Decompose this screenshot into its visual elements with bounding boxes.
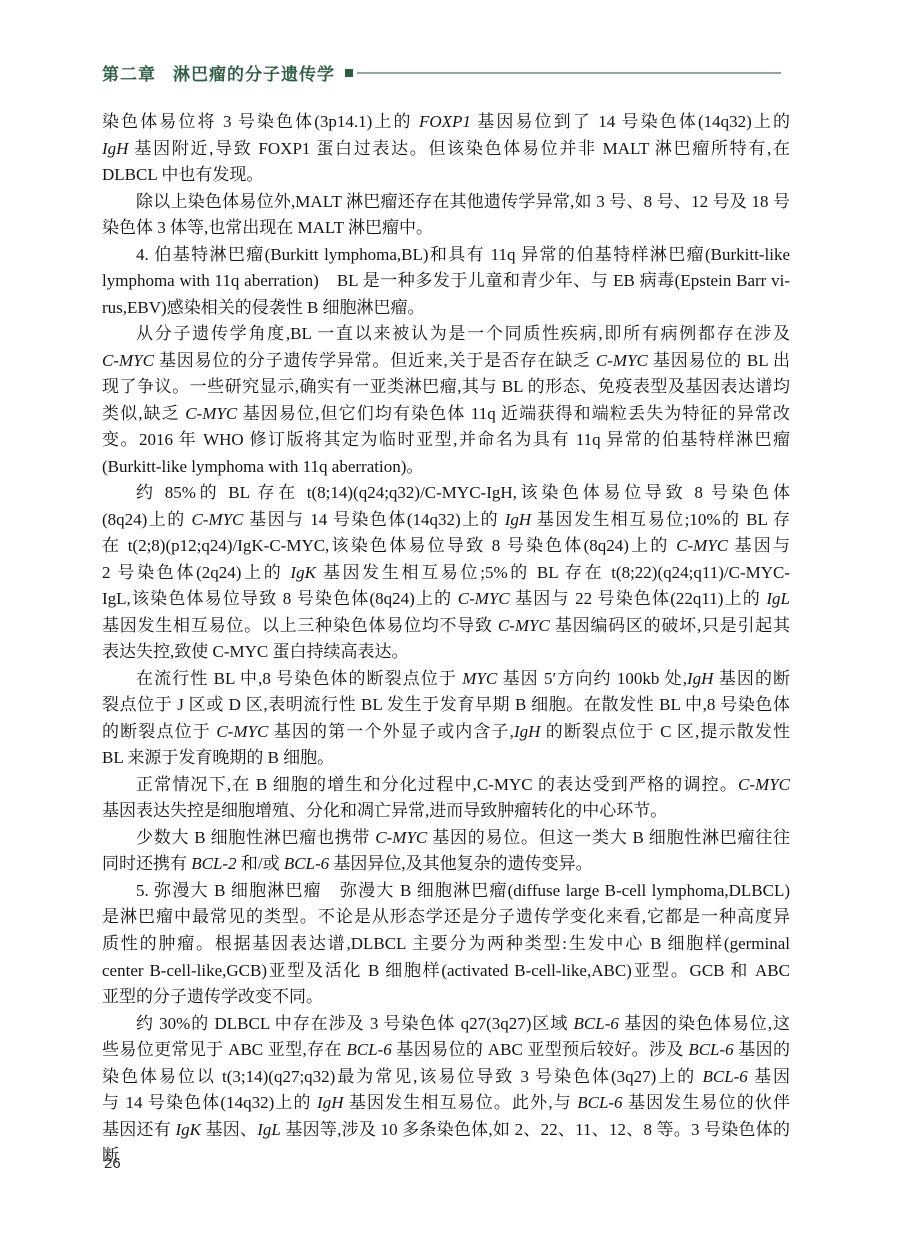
text-line: 2 号染色体(2q24)上的 IgK 基因发生相互易位;5%的 BL 存在 t(… <box>102 560 790 587</box>
text-segment: 的断裂点位于 C 区,提示散发性 <box>540 722 790 741</box>
gene-symbol: MYC <box>462 669 497 688</box>
text-line: C-MYC 基因易位的分子遗传学异常。但近来,关于是否存在缺乏 C-MYC 基因… <box>102 348 790 375</box>
text-line: 亚型的分子遗传学改变不同。 <box>102 984 790 1011</box>
text-segment: 基因与 22 号染色体(22q11)上的 <box>510 589 767 608</box>
page-number: 26 <box>104 1155 121 1172</box>
text-segment: 基因发生相互易位;10%的 BL 存 <box>531 510 790 529</box>
text-segment: 基因发生相互易位。以上三种染色体易位均不导致 <box>102 616 498 635</box>
gene-symbol: IgK <box>176 1120 202 1139</box>
text-segment: 染色体易位将 3 号染色体(3p14.1)上的 <box>102 112 419 131</box>
text-line: 表达失控,致使 C-MYC 蛋白持续高表达。 <box>102 639 790 666</box>
text-segment: 基因与 14 号染色体(14q32)上的 <box>243 510 504 529</box>
gene-symbol: C-MYC <box>458 589 510 608</box>
text-segment: 些易位更常见于 ABC 亚型,存在 <box>102 1040 346 1059</box>
gene-symbol: BCL-6 <box>577 1093 622 1112</box>
text-line: 5. 弥漫大 B 细胞淋巴瘤 弥漫大 B 细胞淋巴瘤(diffuse large… <box>102 878 790 905</box>
text-segment: 基因的易位。但这一类大 B 细胞性淋巴瘤往往 <box>427 828 790 847</box>
text-line: (Burkitt-like lymphoma with 11q aberrati… <box>102 454 790 481</box>
text-segment: 基因发生相互易位;5%的 BL 存在 t(8;22)(q24;q11)/C-MY… <box>316 563 790 582</box>
gene-symbol: IgK <box>290 563 316 582</box>
gene-symbol: C-MYC <box>596 351 648 370</box>
text-line: 变。2016 年 WHO 修订版将其定为临时亚型,并命名为具有 11q 异常的伯… <box>102 427 790 454</box>
text-segment: 在 t(2;8)(p12;q24)/IgK-C-MYC,该染色体易位导致 8 号… <box>102 536 676 555</box>
gene-symbol: IgH <box>687 669 713 688</box>
text-line: DLBCL 中也有发现。 <box>102 162 790 189</box>
text-segment: 的断裂点位于 <box>102 722 216 741</box>
text-segment: 质性的肿瘤。根据基因表达谱,DLBCL 主要分为两种类型:生发中心 B 细胞样(… <box>102 934 790 953</box>
gene-symbol: BCL-6 <box>574 1014 619 1033</box>
gene-symbol: IgH <box>514 722 540 741</box>
text-segment: 现了争议。一些研究显示,确实有一亚类淋巴瘤,其与 BL 的形态、免疫表型及基因表… <box>102 377 790 396</box>
text-line: 少数大 B 细胞性淋巴瘤也携带 C-MYC 基因的易位。但这一类大 B 细胞性淋… <box>102 825 790 852</box>
gene-symbol: BCL-6 <box>688 1040 733 1059</box>
text-segment: 基因易位到了 14 号染色体(14q32)上的 <box>471 112 790 131</box>
text-line: 基因表达失控是细胞增殖、分化和凋亡异常,进而导致肿瘤转化的中心环节。 <box>102 798 790 825</box>
text-segment: 5. 弥漫大 B 细胞淋巴瘤 弥漫大 B 细胞淋巴瘤(diffuse large… <box>136 881 790 900</box>
text-segment: 约 30%的 DLBCL 中存在涉及 3 号染色体 q27(3q27)区域 <box>136 1014 574 1033</box>
text-segment: 类似,缺乏 <box>102 404 185 423</box>
text-segment: (8q24)上的 <box>102 510 191 529</box>
text-segment: 表达失控,致使 C-MYC 蛋白持续高表达。 <box>102 642 408 661</box>
text-segment: 正常情况下,在 B 细胞的增生和分化过程中,C-MYC 的表达受到严格的调控。 <box>136 775 738 794</box>
text-segment: 染色体 3 体等,也常出现在 MALT 淋巴瘤中。 <box>102 218 433 237</box>
text-line: 染色体 3 体等,也常出现在 MALT 淋巴瘤中。 <box>102 215 790 242</box>
text-segment: 少数大 B 细胞性淋巴瘤也携带 <box>136 828 375 847</box>
text-segment: rus,EBV)感染相关的侵袭性 B 细胞淋巴瘤。 <box>102 298 425 317</box>
text-segment: 基因易位的 ABC 亚型预后较好。涉及 <box>392 1040 689 1059</box>
text-segment: 4. 伯基特淋巴瘤(Burkitt lymphoma,BL)和具有 11q 异常… <box>136 245 790 264</box>
page: 第二章 淋巴瘤的分子遗传学 染色体易位将 3 号染色体(3p14.1)上的 FO… <box>0 0 900 1234</box>
text-line: IgL,该染色体易位导致 8 号染色体(8q24)上的 C-MYC 基因与 22… <box>102 586 790 613</box>
text-segment: 基因发生易位的伙伴 <box>623 1093 790 1112</box>
text-segment: 基因的第一个外显子或内含子, <box>268 722 514 741</box>
chapter-title: 淋巴瘤的分子遗传学 <box>173 60 335 85</box>
text-segment: BL 来源于发育晚期的 B 细胞。 <box>102 748 334 767</box>
text-segment: center B-cell-like,GCB)亚型及活化 B 细胞样(activ… <box>102 961 790 980</box>
gene-symbol: C-MYC <box>216 722 268 741</box>
gene-symbol: BCL-6 <box>284 854 329 873</box>
text-segment: 基因 5′方向约 100kb 处, <box>497 669 687 688</box>
gene-symbol: C-MYC <box>102 351 154 370</box>
gene-symbol: IgH <box>102 139 128 158</box>
text-line: 质性的肿瘤。根据基因表达谱,DLBCL 主要分为两种类型:生发中心 B 细胞样(… <box>102 931 790 958</box>
text-segment: 基因表达失控是细胞增殖、分化和凋亡异常,进而导致肿瘤转化的中心环节。 <box>102 801 667 820</box>
text-line: 染色体易位将 3 号染色体(3p14.1)上的 FOXP1 基因易位到了 14 … <box>102 109 790 136</box>
text-segment: lymphoma with 11q aberration) BL 是一种多发于儿… <box>102 271 790 290</box>
text-line: 染色体易位以 t(3;14)(q27;q32)最为常见,该易位导致 3 号染色体… <box>102 1064 790 1091</box>
text-segment: 基因异位,及其他复杂的遗传变异。 <box>329 854 593 873</box>
text-line: rus,EBV)感染相关的侵袭性 B 细胞淋巴瘤。 <box>102 295 790 322</box>
chapter-header: 第二章 淋巴瘤的分子遗传学 <box>102 60 781 84</box>
text-segment: 基因的断 <box>713 669 790 688</box>
text-segment: 在流行性 BL 中,8 号染色体的断裂点位于 <box>136 669 462 688</box>
text-line: lymphoma with 11q aberration) BL 是一种多发于儿… <box>102 268 790 295</box>
header-rule-divider <box>357 72 781 74</box>
text-segment: 约 85%的 BL 存在 t(8;14)(q24;q32)/C-MYC-IgH,… <box>136 483 790 502</box>
text-line: 现了争议。一些研究显示,确实有一亚类淋巴瘤,其与 BL 的形态、免疫表型及基因表… <box>102 374 790 401</box>
gene-symbol: C-MYC <box>498 616 550 635</box>
gene-symbol: IgL <box>257 1120 281 1139</box>
text-line: (8q24)上的 C-MYC 基因与 14 号染色体(14q32)上的 IgH … <box>102 507 790 534</box>
text-segment: 基因易位,但它们均有染色体 11q 近端获得和端粒丢失为特征的异常改 <box>237 404 790 423</box>
text-line: 基因还有 IgK 基因、IgL 基因等,涉及 10 多条染色体,如 2、22、1… <box>102 1117 790 1144</box>
text-line: 除以上染色体易位外,MALT 淋巴瘤还存在其他遗传学异常,如 3 号、8 号、1… <box>102 189 790 216</box>
text-segment: IgL,该染色体易位导致 8 号染色体(8q24)上的 <box>102 589 458 608</box>
text-segment: 和/或 <box>237 854 284 873</box>
text-line: 在 t(2;8)(p12;q24)/IgK-C-MYC,该染色体易位导致 8 号… <box>102 533 790 560</box>
section-marker-icon <box>345 69 353 77</box>
text-line: 约 30%的 DLBCL 中存在涉及 3 号染色体 q27(3q27)区域 BC… <box>102 1011 790 1038</box>
gene-symbol: IgH <box>317 1093 343 1112</box>
text-line: 基因发生相互易位。以上三种染色体易位均不导致 C-MYC 基因编码区的破坏,只是… <box>102 613 790 640</box>
gene-symbol: C-MYC <box>191 510 243 529</box>
text-line: 与 14 号染色体(14q32)上的 IgH 基因发生相互易位。此外,与 BCL… <box>102 1090 790 1117</box>
gene-symbol: BCL-6 <box>702 1067 747 1086</box>
chapter-number: 第二章 <box>102 60 156 85</box>
gene-symbol: C-MYC <box>676 536 728 555</box>
text-segment: 从分子遗传学角度,BL 一直以来被认为是一个同质性疾病,即所有病例都存在涉及 <box>136 324 790 343</box>
text-line: center B-cell-like,GCB)亚型及活化 B 细胞样(activ… <box>102 958 790 985</box>
gene-symbol: IgH <box>505 510 531 529</box>
gene-symbol: IgL <box>766 589 790 608</box>
text-line: 的断裂点位于 C-MYC 基因的第一个外显子或内含子,IgH 的断裂点位于 C … <box>102 719 790 746</box>
text-segment: 同时还携有 <box>102 854 191 873</box>
text-segment: 基因附近,导致 FOXP1 蛋白过表达。但该染色体易位并非 MALT 淋巴瘤所特… <box>128 139 790 158</box>
text-segment: 基因发生相互易位。此外,与 <box>343 1093 577 1112</box>
text-segment: 染色体易位以 t(3;14)(q27;q32)最为常见,该易位导致 3 号染色体… <box>102 1067 702 1086</box>
text-line: 4. 伯基特淋巴瘤(Burkitt lymphoma,BL)和具有 11q 异常… <box>102 242 790 269</box>
text-segment: 基因还有 <box>102 1120 176 1139</box>
text-line: 是淋巴瘤中最常见的类型。不论是从形态学还是分子遗传学变化来看,它都是一种高度异 <box>102 904 790 931</box>
text-segment: 基因易位的 BL 出 <box>648 351 790 370</box>
text-line: 些易位更常见于 ABC 亚型,存在 BCL-6 基因易位的 ABC 亚型预后较好… <box>102 1037 790 1064</box>
text-segment: 基因编码区的破坏,只是引起其 <box>550 616 790 635</box>
text-segment: 基因与 <box>728 536 790 555</box>
text-line: 正常情况下,在 B 细胞的增生和分化过程中,C-MYC 的表达受到严格的调控。C… <box>102 772 790 799</box>
text-segment: 是淋巴瘤中最常见的类型。不论是从形态学还是分子遗传学变化来看,它都是一种高度异 <box>102 907 790 926</box>
text-segment: 基因的 <box>734 1040 790 1059</box>
gene-symbol: C-MYC <box>375 828 427 847</box>
text-segment: 与 14 号染色体(14q32)上的 <box>102 1093 317 1112</box>
text-segment: 基因易位的分子遗传学异常。但近来,关于是否存在缺乏 <box>154 351 596 370</box>
gene-symbol: C-MYC <box>738 775 790 794</box>
text-line: 同时还携有 BCL-2 和/或 BCL-6 基因异位,及其他复杂的遗传变异。 <box>102 851 790 878</box>
text-segment: DLBCL 中也有发现。 <box>102 165 263 184</box>
gene-symbol: BCL-2 <box>191 854 236 873</box>
text-segment: 基因、 <box>201 1120 257 1139</box>
gene-symbol: FOXP1 <box>419 112 471 131</box>
text-segment: 基因的染色体易位,这 <box>619 1014 790 1033</box>
text-line: 类似,缺乏 C-MYC 基因易位,但它们均有染色体 11q 近端获得和端粒丢失为… <box>102 401 790 428</box>
text-line: 约 85%的 BL 存在 t(8;14)(q24;q32)/C-MYC-IgH,… <box>102 480 790 507</box>
text-segment: 除以上染色体易位外,MALT 淋巴瘤还存在其他遗传学异常,如 3 号、8 号、1… <box>136 192 790 211</box>
text-segment: 2 号染色体(2q24)上的 <box>102 563 290 582</box>
text-segment: (Burkitt-like lymphoma with 11q aberrati… <box>102 457 423 476</box>
text-segment: 亚型的分子遗传学改变不同。 <box>102 987 323 1006</box>
text-segment: 基因 <box>748 1067 790 1086</box>
text-line: 在流行性 BL 中,8 号染色体的断裂点位于 MYC 基因 5′方向约 100k… <box>102 666 790 693</box>
text-segment: 裂点位于 J 区或 D 区,表明流行性 BL 发生于发育早期 B 细胞。在散发性… <box>102 695 790 714</box>
text-line: 裂点位于 J 区或 D 区,表明流行性 BL 发生于发育早期 B 细胞。在散发性… <box>102 692 790 719</box>
text-line: BL 来源于发育晚期的 B 细胞。 <box>102 745 790 772</box>
text-segment: 变。2016 年 WHO 修订版将其定为临时亚型,并命名为具有 11q 异常的伯… <box>102 430 790 449</box>
gene-symbol: BCL-6 <box>346 1040 391 1059</box>
text-line: 从分子遗传学角度,BL 一直以来被认为是一个同质性疾病,即所有病例都存在涉及 <box>102 321 790 348</box>
gene-symbol: C-MYC <box>185 404 237 423</box>
document-lines: 染色体易位将 3 号染色体(3p14.1)上的 FOXP1 基因易位到了 14 … <box>102 109 790 1143</box>
text-line: IgH 基因附近,导致 FOXP1 蛋白过表达。但该染色体易位并非 MALT 淋… <box>102 136 790 163</box>
